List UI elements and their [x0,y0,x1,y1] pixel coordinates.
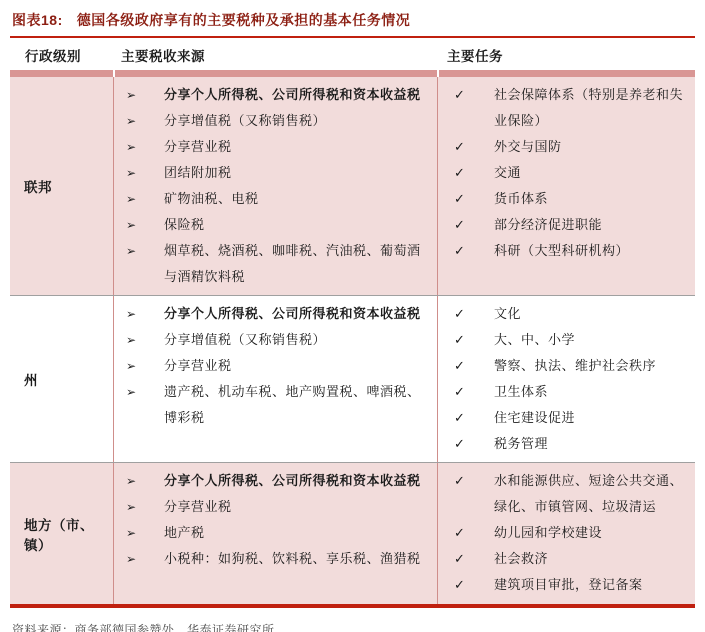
band-segment [113,70,437,77]
task-item-text: 警察、执法、维护社会秩序 [494,353,689,379]
tax-item: ➢烟草税、烧酒税、咖啡税、汽油税、葡萄酒与酒精饮料税 [122,238,431,290]
checkmark-icon: ✓ [448,186,494,212]
arrowhead-right-icon: ➢ [122,186,164,212]
tax-item: ➢小税种：如狗税、饮料税、享乐税、渔猎税 [122,546,431,572]
header-tax-sources: 主要税收来源 [113,45,437,65]
tax-item-text: 分享个人所得税、公司所得税和资本收益税 [164,301,431,327]
arrowhead-right-icon: ➢ [122,520,164,546]
checkmark-icon: ✓ [448,238,494,264]
task-item: ✓交通 [448,160,689,186]
tax-item: ➢遗产税、机动车税、地产购置税、啤酒税、博彩税 [122,379,431,431]
task-item: ✓税务管理 [448,431,689,457]
checkmark-icon: ✓ [448,327,494,353]
table-top-band [10,70,695,77]
tax-item: ➢分享个人所得税、公司所得税和资本收益税 [122,301,431,327]
page-title: 德国各级政府享有的主要税种及承担的基本任务情况 [77,10,411,30]
task-item: ✓幼儿园和学校建设 [448,520,689,546]
task-item-text: 大、中、小学 [494,327,689,353]
checkmark-icon: ✓ [448,82,494,108]
title-rule-divider [10,36,695,38]
task-item-text: 外交与国防 [494,134,689,160]
task-item-text: 社会救济 [494,546,689,572]
tasks-cell: ✓文化✓大、中、小学✓警察、执法、维护社会秩序✓卫生体系✓住宅建设促进✓税务管理 [437,296,695,462]
figure-title-row: 图表18: 德国各级政府享有的主要税种及承担的基本任务情况 [10,8,695,36]
tax-item: ➢矿物油税、电税 [122,186,431,212]
checkmark-icon: ✓ [448,468,494,494]
arrowhead-right-icon: ➢ [122,134,164,160]
arrowhead-right-icon: ➢ [122,238,164,264]
task-item: ✓住宅建设促进 [448,405,689,431]
task-item: ✓水和能源供应、短途公共交通、绿化、市镇管网、垃圾清运 [448,468,689,520]
task-item: ✓外交与国防 [448,134,689,160]
tax-item-text: 保险税 [164,212,431,238]
arrowhead-right-icon: ➢ [122,212,164,238]
tax-item: ➢分享增值税（又称销售税） [122,108,431,134]
tax-item-text: 分享增值税（又称销售税） [164,108,431,134]
tax-item: ➢分享营业税 [122,494,431,520]
task-item-text: 幼儿园和学校建设 [494,520,689,546]
task-item-text: 卫生体系 [494,379,689,405]
checkmark-icon: ✓ [448,212,494,238]
task-item-text: 社会保障体系（特别是养老和失业保险） [494,82,689,134]
level-label: 地方（市、镇） [24,514,113,554]
checkmark-icon: ✓ [448,379,494,405]
level-label: 州 [24,369,38,389]
tax-item-text: 地产税 [164,520,431,546]
tax-item-text: 分享个人所得税、公司所得税和资本收益税 [164,82,431,108]
tax-item-text: 分享营业税 [164,353,431,379]
task-item-text: 建筑项目审批，登记备案 [494,572,689,598]
arrowhead-right-icon: ➢ [122,379,164,405]
tax-item: ➢分享个人所得税、公司所得税和资本收益税 [122,82,431,108]
task-item: ✓建筑项目审批，登记备案 [448,572,689,598]
arrowhead-right-icon: ➢ [122,353,164,379]
header-admin-level: 行政级别 [10,45,113,65]
arrowhead-right-icon: ➢ [122,160,164,186]
checkmark-icon: ✓ [448,431,494,457]
tax-item-text: 分享增值税（又称销售税） [164,327,431,353]
task-item-text: 文化 [494,301,689,327]
task-item: ✓社会保障体系（特别是养老和失业保险） [448,82,689,134]
tasks-cell: ✓社会保障体系（特别是养老和失业保险）✓外交与国防✓交通✓货币体系✓部分经济促进… [437,77,695,295]
tax-item: ➢分享营业税 [122,134,431,160]
table-row: 州➢分享个人所得税、公司所得税和资本收益税➢分享增值税（又称销售税）➢分享营业税… [10,295,695,462]
band-segment [10,70,113,77]
tax-item-text: 矿物油税、电税 [164,186,431,212]
checkmark-icon: ✓ [448,134,494,160]
checkmark-icon: ✓ [448,160,494,186]
level-label: 联邦 [24,176,52,196]
tax-item-text: 分享营业税 [164,134,431,160]
arrowhead-right-icon: ➢ [122,82,164,108]
band-segment [437,70,695,77]
arrowhead-right-icon: ➢ [122,546,164,572]
tax-item: ➢保险税 [122,212,431,238]
task-item: ✓警察、执法、维护社会秩序 [448,353,689,379]
task-item-text: 货币体系 [494,186,689,212]
tax-item: ➢分享增值税（又称销售税） [122,327,431,353]
tax-item-text: 遗产税、机动车税、地产购置税、啤酒税、博彩税 [164,379,431,431]
table-body: 联邦➢分享个人所得税、公司所得税和资本收益税➢分享增值税（又称销售税）➢分享营业… [10,77,695,604]
checkmark-icon: ✓ [448,520,494,546]
taxes-cell: ➢分享个人所得税、公司所得税和资本收益税➢分享增值税（又称销售税）➢分享营业税➢… [113,77,437,295]
checkmark-icon: ✓ [448,546,494,572]
taxes-cell: ➢分享个人所得税、公司所得税和资本收益税➢分享营业税➢地产税➢小税种：如狗税、饮… [113,463,437,604]
level-cell: 联邦 [10,77,113,295]
source-note: 资料来源：商务部德国参赞处，华泰证券研究所 [10,621,695,632]
task-item: ✓卫生体系 [448,379,689,405]
level-cell: 地方（市、镇） [10,463,113,604]
table-header-row: 行政级别 主要税收来源 主要任务 [10,40,695,70]
task-item-text: 水和能源供应、短途公共交通、绿化、市镇管网、垃圾清运 [494,468,689,520]
task-item: ✓大、中、小学 [448,327,689,353]
checkmark-icon: ✓ [448,301,494,327]
task-item-text: 部分经济促进职能 [494,212,689,238]
taxes-cell: ➢分享个人所得税、公司所得税和资本收益税➢分享增值税（又称销售税）➢分享营业税➢… [113,296,437,462]
task-item-text: 科研（大型科研机构） [494,238,689,264]
tax-item: ➢分享营业税 [122,353,431,379]
table-row: 联邦➢分享个人所得税、公司所得税和资本收益税➢分享增值税（又称销售税）➢分享营业… [10,77,695,295]
arrowhead-right-icon: ➢ [122,494,164,520]
arrowhead-right-icon: ➢ [122,301,164,327]
task-item: ✓文化 [448,301,689,327]
level-cell: 州 [10,296,113,462]
task-item: ✓科研（大型科研机构） [448,238,689,264]
task-item: ✓社会救济 [448,546,689,572]
task-item: ✓部分经济促进职能 [448,212,689,238]
checkmark-icon: ✓ [448,572,494,598]
tax-item-text: 团结附加税 [164,160,431,186]
tax-item: ➢地产税 [122,520,431,546]
tax-item-text: 分享个人所得税、公司所得税和资本收益税 [164,468,431,494]
tasks-cell: ✓水和能源供应、短途公共交通、绿化、市镇管网、垃圾清运✓幼儿园和学校建设✓社会救… [437,463,695,604]
checkmark-icon: ✓ [448,405,494,431]
task-item-text: 住宅建设促进 [494,405,689,431]
figure-label: 图表18: [12,10,63,30]
arrowhead-right-icon: ➢ [122,108,164,134]
task-item: ✓货币体系 [448,186,689,212]
tax-item: ➢团结附加税 [122,160,431,186]
arrowhead-right-icon: ➢ [122,468,164,494]
task-item-text: 交通 [494,160,689,186]
figure-container: 图表18: 德国各级政府享有的主要税种及承担的基本任务情况 行政级别 主要税收来… [0,0,705,632]
table: 联邦➢分享个人所得税、公司所得税和资本收益税➢分享增值税（又称销售税）➢分享营业… [10,70,695,608]
tax-item-text: 小税种：如狗税、饮料税、享乐税、渔猎税 [164,546,431,572]
table-row: 地方（市、镇）➢分享个人所得税、公司所得税和资本收益税➢分享营业税➢地产税➢小税… [10,462,695,604]
arrowhead-right-icon: ➢ [122,327,164,353]
header-main-tasks: 主要任务 [437,45,695,65]
checkmark-icon: ✓ [448,353,494,379]
task-item-text: 税务管理 [494,431,689,457]
tax-item: ➢分享个人所得税、公司所得税和资本收益税 [122,468,431,494]
tax-item-text: 分享营业税 [164,494,431,520]
tax-item-text: 烟草税、烧酒税、咖啡税、汽油税、葡萄酒与酒精饮料税 [164,238,431,290]
